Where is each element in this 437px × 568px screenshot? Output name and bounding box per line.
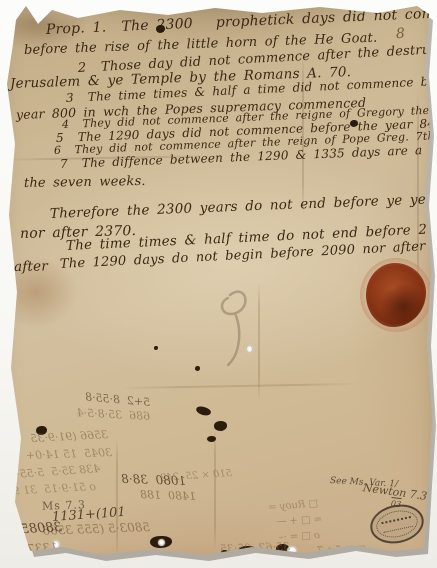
bleedthrough-text: 1480 188: [140, 488, 196, 503]
ink-blot: [214, 421, 227, 431]
scan-background: Prop. 1. The 2300 prophetick days did no…: [0, 0, 437, 568]
manuscript-line: after: [14, 258, 48, 275]
manuscript-page: Prop. 1. The 2300 prophetick days did no…: [0, 0, 437, 568]
wax-seal: [366, 263, 426, 327]
bleedthrough-text: o □ = ·–: [278, 530, 320, 543]
paper-crease: [120, 383, 360, 389]
manuscript-line: the seven weeks.: [24, 174, 146, 191]
page-number: 8: [395, 26, 405, 43]
bleedthrough-text: o 51·9·15 31 90: [5, 480, 96, 498]
paper-hole: [158, 539, 165, 546]
ink-blot: [195, 405, 212, 417]
ink-speck: [154, 346, 158, 350]
bleedthrough-text: 1 gd □ —— 5: [0, 490, 5, 511]
manuscript-line: Prop. 1. The 2300 prophetick days did no…: [46, 4, 437, 38]
paper-crease: [214, 430, 216, 550]
paper-hole: [246, 345, 253, 353]
pencil-scribble: [200, 283, 260, 373]
bleedthrough-text: 686 35·8·5·4: [76, 406, 150, 423]
bleedthrough-text: faq □ = 5 st·ss: [0, 414, 4, 433]
bleedthrough-text: 510 × 25 242: [160, 468, 233, 484]
library-stamp: [367, 500, 428, 548]
bleedthrough-text: ls □ — 5+l b: [0, 432, 3, 451]
bleedthrough-text: 5 gd □ — 18 9· 15: [0, 470, 3, 498]
paper-crease: [116, 438, 118, 556]
bleedthrough-text: = □ + —: [276, 514, 322, 527]
bleedthrough-text: yw—□ = +—3d +: [0, 396, 7, 416]
pencil-note: Ms 7.3: [42, 498, 86, 513]
bleedthrough-text: 438 35·5 5·55·e: [9, 462, 100, 481]
bleedthrough-text: □ Ruoy =: [268, 498, 319, 513]
manuscript-line: Therefore the 2300 years do not end befo…: [50, 189, 437, 222]
bleedthrough-text: 3566 (91·9·35: [30, 428, 108, 445]
bleedthrough-text: +gd □ — 14·9·15 o: [0, 450, 5, 478]
bleedthrough-text: 3045 15 14·0+: [26, 446, 113, 462]
